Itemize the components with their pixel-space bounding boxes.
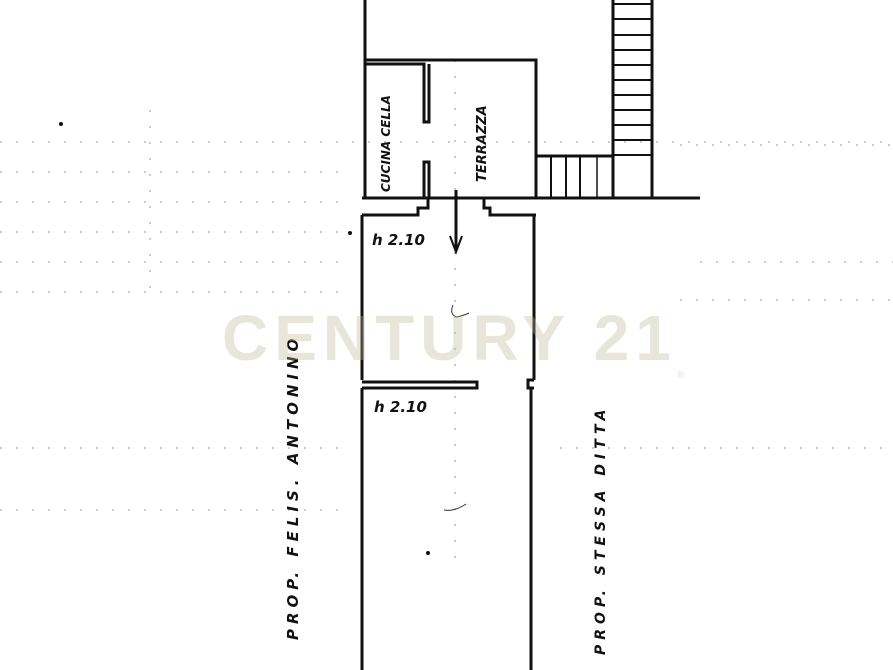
registered-mark: ®	[677, 370, 684, 381]
neighbor-label-right: PROP. STESSA DITTA	[593, 405, 609, 655]
watermark-text: CENTURY 21	[222, 302, 677, 374]
stair-treads	[613, 4, 652, 155]
height-label-room1: h 2.10	[372, 231, 425, 249]
room-label-terrazza: TERRAZZA	[475, 105, 490, 182]
dot-mark	[426, 551, 430, 555]
dot-mark	[59, 122, 63, 126]
height-label-room2: h 2.10	[374, 398, 427, 416]
scribble-mark	[444, 504, 466, 510]
room-label-cucina: CUCINA CELLA	[379, 95, 393, 192]
watermark: CENTURY 21®	[222, 298, 682, 378]
dot-mark	[348, 231, 352, 235]
neighbor-label-left: PROP. FELIS. ANTONINO	[284, 334, 302, 640]
